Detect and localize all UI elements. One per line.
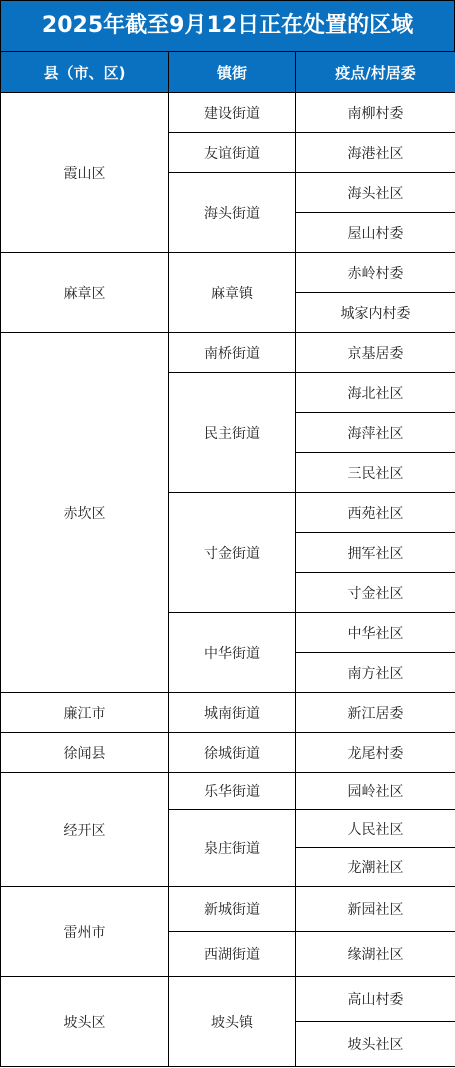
point-cell: 城家内村委	[296, 293, 455, 333]
point-cell: 南柳村委	[296, 93, 455, 133]
point-cell: 新江居委	[296, 693, 455, 733]
point-cell: 南方社区	[296, 653, 455, 693]
street-cell: 乐华街道	[169, 773, 296, 810]
street-cell: 麻章镇	[169, 253, 296, 333]
table-row: 赤坎区 南桥街道 京基居委	[1, 333, 455, 373]
table-title: 2025年截至9月12日正在处置的区域	[0, 0, 455, 52]
region-table: 县（市、区) 镇街 疫点/村居委 霞山区 建设街道 南柳村委 友谊街道 海港社区…	[0, 51, 455, 1067]
column-header-street: 镇街	[169, 52, 296, 93]
street-cell: 城南街道	[169, 693, 296, 733]
county-cell: 雷州市	[1, 887, 169, 977]
county-cell: 廉江市	[1, 693, 169, 733]
point-cell: 赤岭村委	[296, 253, 455, 293]
point-cell: 西苑社区	[296, 493, 455, 533]
point-cell: 海港社区	[296, 133, 455, 173]
point-cell: 三民社区	[296, 453, 455, 493]
point-cell: 龙尾村委	[296, 733, 455, 773]
point-cell: 海北社区	[296, 373, 455, 413]
table-row: 麻章区 麻章镇 赤岭村委	[1, 253, 455, 293]
table-row: 霞山区 建设街道 南柳村委	[1, 93, 455, 133]
point-cell: 海头社区	[296, 173, 455, 213]
street-cell: 寸金街道	[169, 493, 296, 613]
point-cell: 中华社区	[296, 613, 455, 653]
street-cell: 西湖街道	[169, 932, 296, 977]
point-cell: 新园社区	[296, 887, 455, 932]
county-cell: 赤坎区	[1, 333, 169, 693]
point-cell: 园岭社区	[296, 773, 455, 810]
county-cell: 坡头区	[1, 977, 169, 1067]
point-cell: 屋山村委	[296, 213, 455, 253]
street-cell: 友谊街道	[169, 133, 296, 173]
point-cell: 拥军社区	[296, 533, 455, 573]
county-cell: 徐闻县	[1, 733, 169, 773]
column-header-point: 疫点/村居委	[296, 52, 455, 93]
county-cell: 麻章区	[1, 253, 169, 333]
region-table-card: 2025年截至9月12日正在处置的区域 县（市、区) 镇街 疫点/村居委 霞山区…	[0, 0, 455, 1068]
county-cell: 霞山区	[1, 93, 169, 253]
header-row: 县（市、区) 镇街 疫点/村居委	[1, 52, 455, 93]
street-cell: 泉庄街道	[169, 810, 296, 887]
street-cell: 海头街道	[169, 173, 296, 253]
table-row: 廉江市 城南街道 新江居委	[1, 693, 455, 733]
table-row: 徐闻县 徐城街道 龙尾村委	[1, 733, 455, 773]
point-cell: 寸金社区	[296, 573, 455, 613]
street-cell: 坡头镇	[169, 977, 296, 1067]
table-row: 雷州市 新城街道 新园社区	[1, 887, 455, 932]
point-cell: 京基居委	[296, 333, 455, 373]
column-header-county: 县（市、区)	[1, 52, 169, 93]
street-cell: 建设街道	[169, 93, 296, 133]
point-cell: 坡头社区	[296, 1022, 455, 1067]
point-cell: 龙潮社区	[296, 848, 455, 887]
county-cell: 经开区	[1, 773, 169, 887]
street-cell: 中华街道	[169, 613, 296, 693]
street-cell: 南桥街道	[169, 333, 296, 373]
point-cell: 高山村委	[296, 977, 455, 1022]
table-row: 坡头区 坡头镇 高山村委	[1, 977, 455, 1022]
point-cell: 缘湖社区	[296, 932, 455, 977]
table-row: 经开区 乐华街道 园岭社区	[1, 773, 455, 810]
street-cell: 民主街道	[169, 373, 296, 493]
point-cell: 人民社区	[296, 810, 455, 848]
street-cell: 新城街道	[169, 887, 296, 932]
street-cell: 徐城街道	[169, 733, 296, 773]
point-cell: 海萍社区	[296, 413, 455, 453]
